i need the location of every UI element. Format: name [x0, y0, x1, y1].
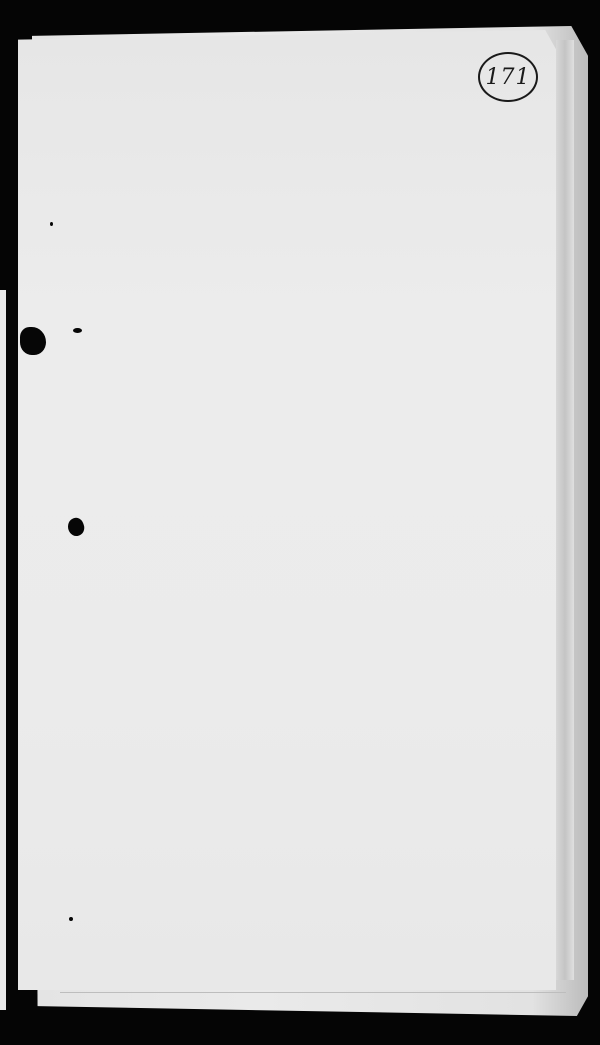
ink-blot [20, 327, 46, 355]
page-bottom-rule [60, 992, 566, 993]
ink-blot [50, 222, 53, 226]
ink-blot [69, 917, 73, 921]
page-fore-edge [556, 40, 574, 980]
ink-blot [73, 328, 82, 333]
adjacent-page-edge [0, 290, 6, 1010]
document-page [18, 30, 556, 990]
folio-number: 171 [478, 52, 538, 102]
